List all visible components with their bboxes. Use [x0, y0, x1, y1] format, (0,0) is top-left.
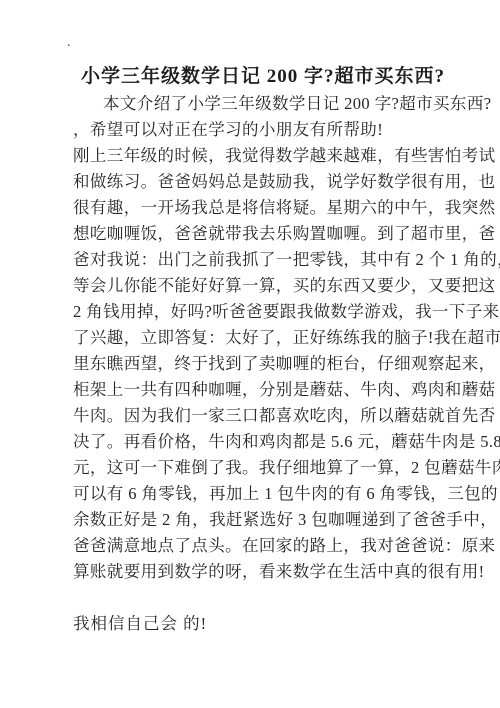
body-text-line: 很有趣，一开场我总是将信将疑。星期六的中午，我突然 — [73, 195, 473, 221]
body-text-line: 爸爸满意地点了点头。在回家的路上，我对爸爸说：原来 — [73, 533, 473, 559]
page-title: 小学三年级数学日记 200 字?超市买东西? — [63, 61, 463, 88]
body-text-line: 牛肉。因为我们一家三口都喜欢吃肉，所以蘑菇就首先否 — [73, 403, 473, 429]
body-text-line: 柜架上一共有四种咖喱，分别是蘑菇、牛肉、鸡肉和蘑菇 — [73, 377, 473, 403]
stray-dot-mark: . — [67, 36, 71, 50]
document-body: 本文介绍了小学三年级数学日记 200 字?超市买东西?，希望可以对正在学习的小朋… — [73, 91, 473, 585]
body-text-line: 2 角钱用掉，好吗?听爸爸要跟我做数学游戏，我一下子来 — [73, 299, 473, 325]
body-text-line: 刚上三年级的时候，我觉得数学越来越难，有些害怕考试 — [73, 143, 473, 169]
body-text-line: 爸对我说：出门之前我抓了一把零钱，其中有 2 个 1 角的， — [73, 247, 473, 273]
closing-text-line: 我相信自己会 的! — [73, 611, 207, 637]
body-text-line: ，希望可以对正在学习的小朋友有所帮助! — [73, 117, 473, 143]
body-text-line: 里东瞧西望，终于找到了卖咖喱的柜台，仔细观察起来， — [73, 351, 473, 377]
body-text-line: 和做练习。爸爸妈妈总是鼓励我，说学好数学很有用，也 — [73, 169, 473, 195]
document-page: . 小学三年级数学日记 200 字?超市买东西? 本文介绍了小学三年级数学日记 … — [0, 0, 500, 708]
body-text-line: 可以有 6 角零钱，再加上 1 包牛肉的有 6 角零钱，三包的 — [73, 481, 473, 507]
body-text-line: 决了。再看价格，牛肉和鸡肉都是 5.6 元，蘑菇牛肉是 5.8 — [73, 429, 473, 455]
body-text-line: 余数正好是 2 角，我赶紧选好 3 包咖喱递到了爸爸手中， — [73, 507, 473, 533]
body-text-line: 了兴趣，立即答复：太好了，正好练练我的脑子!我在超市 — [73, 325, 473, 351]
body-text-line: 元，这可一下难倒了我。我仔细地算了一算，2 包蘑菇牛肉 — [73, 455, 473, 481]
body-text-line: 本文介绍了小学三年级数学日记 200 字?超市买东西? — [73, 91, 473, 117]
body-text-line: 等会儿你能不能好好算一算，买的东西又要少，又要把这 — [73, 273, 473, 299]
body-text-line: 想吃咖喱饭，爸爸就带我去乐购置咖喱。到了超市里，爸 — [73, 221, 473, 247]
body-text-line: 算账就要用到数学的呀，看来数学在生活中真的很有用! — [73, 559, 473, 585]
